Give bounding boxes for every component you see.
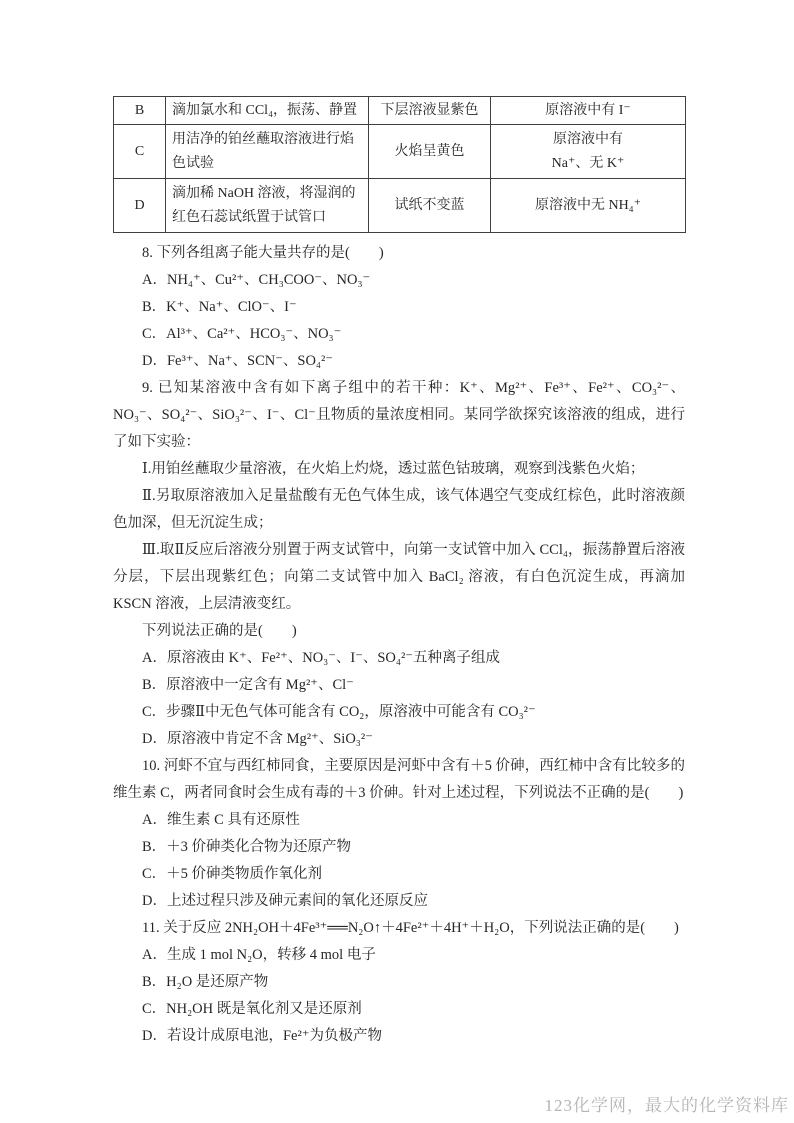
q10-option-c: C．＋5 价砷类物质作氧化剂 [113,861,685,888]
q9-step-1: Ⅰ.用铂丝蘸取少量溶液，在火焰上灼烧，透过蓝色钴玻璃，观察到浅紫色火焰； [113,456,685,483]
phenomenon-cell: 试纸不变蓝 [369,179,491,233]
q11-option-d: D．若设计成原电池，Fe²⁺为负极产物 [113,1023,685,1050]
q10-option-a: A．维生素 C 具有还原性 [113,807,685,834]
q9-step-2: Ⅱ.另取原溶液加入足量盐酸有无色气体生成，该气体遇空气变成红棕色，此时溶液颜色加… [113,483,685,537]
q11-option-b: B．H₂O 是还原产物 [113,969,685,996]
conclusion-cell: 原溶液中有 I⁻ [491,97,686,125]
operation-cell: 滴加稀 NaOH 溶液，将湿润的红色石蕊试纸置于试管口 [166,179,369,233]
exam-page: B 滴加氯水和 CCl₄，振荡、静置 下层溶液显紫色 原溶液中有 I⁻ C 用洁… [0,0,794,1123]
phenomenon-cell: 火焰呈黄色 [369,125,491,179]
q9-option-d: D．原溶液中肯定不含 Mg²⁺、SiO₃²⁻ [113,726,685,753]
q8-option-a: A．NH₄⁺、Cu²⁺、CH₃COO⁻、NO₃⁻ [113,267,685,294]
q11-option-a: A．生成 1 mol N₂O，转移 4 mol 电子 [113,942,685,969]
table-row-b: B 滴加氯水和 CCl₄，振荡、静置 下层溶液显紫色 原溶液中有 I⁻ [114,97,686,125]
q10-stem: 10. 河虾不宜与西红柿同食，主要原因是河虾中含有＋5 价砷，西红柿中含有比较多… [113,753,685,807]
phenomenon-cell: 下层溶液显紫色 [369,97,491,125]
q9-option-b: B．原溶液中一定含有 Mg²⁺、Cl⁻ [113,672,685,699]
q9-option-c: C．步骤Ⅱ中无色气体可能含有 CO₂，原溶液中可能含有 CO₃²⁻ [113,699,685,726]
page-content: B 滴加氯水和 CCl₄，振荡、静置 下层溶液显紫色 原溶液中有 I⁻ C 用洁… [113,96,685,1050]
operation-cell: 用洁净的铂丝蘸取溶液进行焰色试验 [166,125,369,179]
q10-option-b: B．＋3 价砷类化合物为还原产物 [113,834,685,861]
experiment-table: B 滴加氯水和 CCl₄，振荡、静置 下层溶液显紫色 原溶液中有 I⁻ C 用洁… [113,96,686,233]
q8-stem: 8. 下列各组离子能大量共存的是( ) [113,240,685,267]
operation-cell: 滴加氯水和 CCl₄，振荡、静置 [166,97,369,125]
watermark-text: 123化学网，最大的化学资料库 [545,1091,790,1116]
table-row-c: C 用洁净的铂丝蘸取溶液进行焰色试验 火焰呈黄色 原溶液中有 Na⁺、无 K⁺ [114,125,686,179]
q8-option-d: D．Fe³⁺、Na⁺、SCN⁻、SO₄²⁻ [113,348,685,375]
q11-stem: 11. 关于反应 2NH₂OH＋4Fe³⁺══N₂O↑＋4Fe²⁺＋4H⁺＋H₂… [113,915,685,942]
row-label: B [114,97,166,125]
q9-option-a: A．原溶液由 K⁺、Fe²⁺、NO₃⁻、I⁻、SO₄²⁻五种离子组成 [113,645,685,672]
q11-option-c: C．NH₂OH 既是氧化剂又是还原剂 [113,996,685,1023]
conclusion-cell: 原溶液中无 NH₄⁺ [491,179,686,233]
q9-step-3: Ⅲ.取Ⅱ反应后溶液分别置于两支试管中，向第一支试管中加入 CCl₄，振荡静置后溶… [113,537,685,618]
q8-option-b: B．K⁺、Na⁺、ClO⁻、I⁻ [113,294,685,321]
row-label: D [114,179,166,233]
row-label: C [114,125,166,179]
q9-stem: 9. 已知某溶液中含有如下离子组中的若干种：K⁺、Mg²⁺、Fe³⁺、Fe²⁺、… [113,375,685,456]
q10-option-d: D．上述过程只涉及砷元素间的氧化还原反应 [113,888,685,915]
table-row-d: D 滴加稀 NaOH 溶液，将湿润的红色石蕊试纸置于试管口 试纸不变蓝 原溶液中… [114,179,686,233]
q8-option-c: C．Al³⁺、Ca²⁺、HCO₃⁻、NO₃⁻ [113,321,685,348]
q9-prompt: 下列说法正确的是( ) [113,618,685,645]
conclusion-cell: 原溶液中有 Na⁺、无 K⁺ [491,125,686,179]
